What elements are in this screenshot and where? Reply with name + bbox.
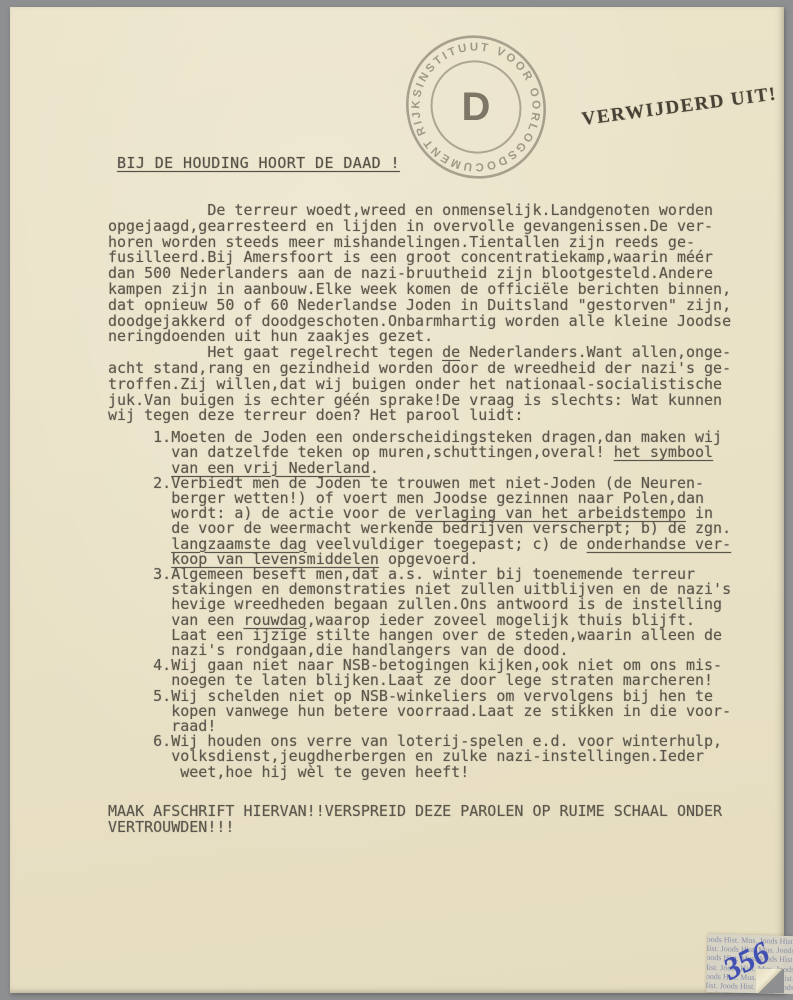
archive-stamp-graphic: RIJKSINSTITUUT VOOR OORLOGSDOCUMENTATIE … (376, 6, 576, 209)
list-item-4: 4.Wij gaan niet naar NSB-betogingen kijk… (108, 658, 731, 688)
paragraph-1: De terreur woedt,wreed en onmenselijk.La… (108, 203, 731, 345)
paragraph-2: Het gaat regelrecht tegen de Nederlander… (108, 345, 731, 424)
document-title: BIJ DE HOUDING HOORT DE DAAD ! (117, 154, 400, 172)
list-item-3: 3.Algemeen beseft men,dat a.s. winter bi… (108, 567, 731, 658)
list-item-5: 5.Wij schelden niet op NSB-winkeliers om… (108, 689, 731, 735)
document-text: De terreur woedt,wreed en onmenselijk.La… (108, 203, 731, 835)
list-item-1: 1.Moeten de Joden een onderscheidingstek… (108, 430, 731, 476)
list-item-2: 2.Verbiedt men de Joden te trouwen met n… (108, 476, 731, 567)
list-item-6: 6.Wij houden ons verre van loterij-spele… (108, 734, 731, 780)
archive-round-stamp: RIJKSINSTITUUT VOOR OORLOGSDOCUMENTATIE … (376, 6, 576, 209)
footer: MAAK AFSCHRIFT HIERVAN!!VERSPREID DEZE P… (108, 804, 731, 836)
archive-stamp-center-letter: D (462, 85, 491, 129)
paper-corner-fold (756, 969, 784, 993)
text-line: wij tegen deze terreur doen? Het parool … (108, 408, 731, 424)
document-paper: RIJKSINSTITUUT VOOR OORLOGSDOCUMENTATIE … (10, 7, 784, 993)
underlined-text: onderhandse ver- (587, 535, 732, 553)
text-line: VERTROUWDEN!!! (108, 820, 731, 836)
underlined-text: het symbool (614, 443, 713, 461)
text-line: weet,hoe hij wèl te geven heeft! (108, 765, 731, 780)
removed-from-stamp: VERWIJDERD UIT! (581, 83, 779, 130)
